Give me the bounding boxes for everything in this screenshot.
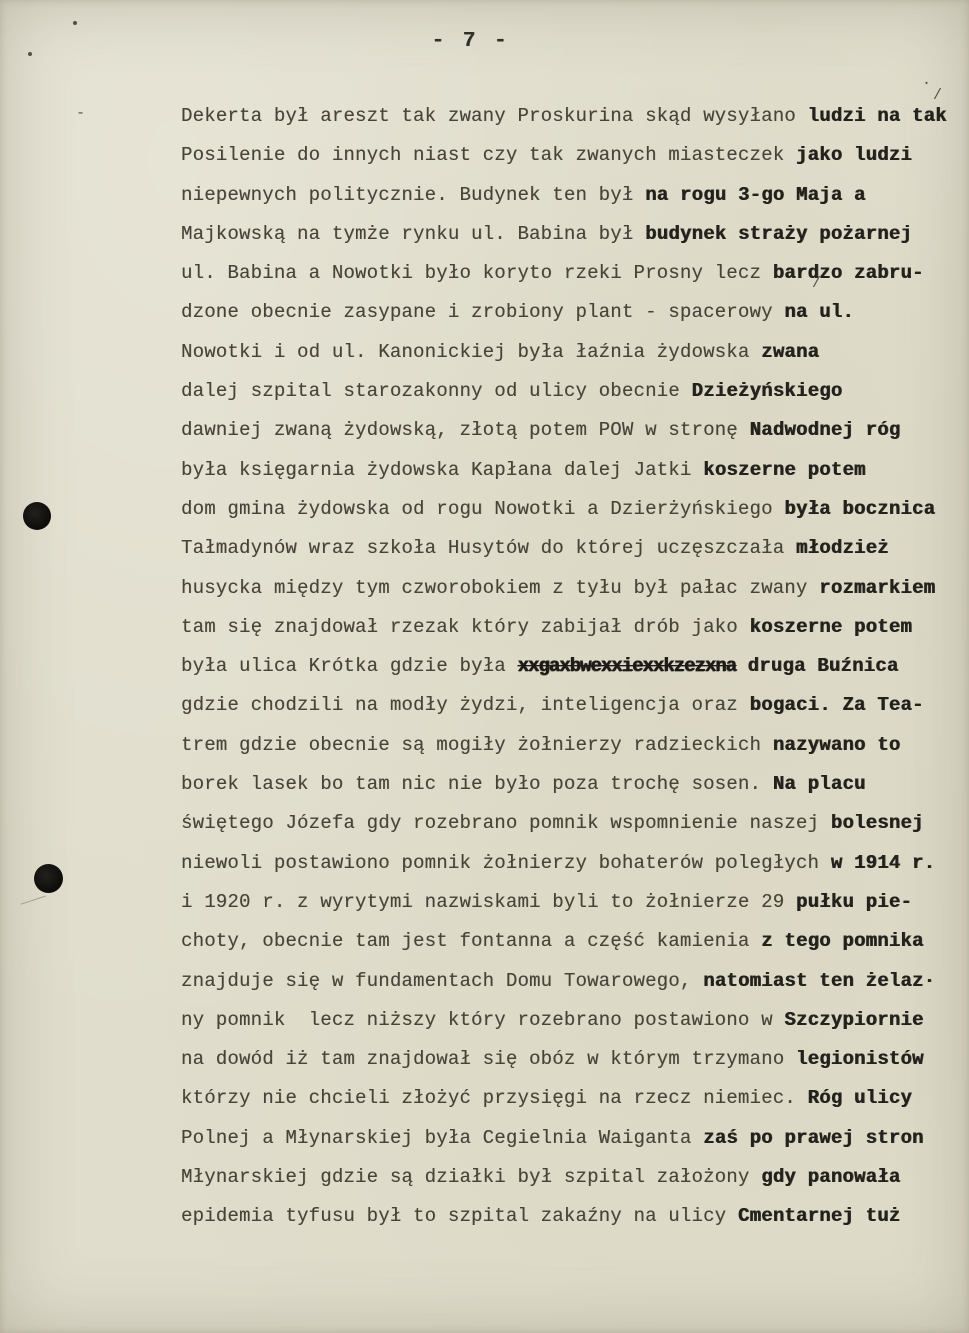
text-line: dzone obecnie zasypane i zrobiony plant … <box>181 293 951 332</box>
text-segment: niewoli postawiono pomnik żołnierzy boha… <box>181 852 831 874</box>
text-segment: dawniej zwaną żydowską, złotą potem POW … <box>181 419 750 441</box>
text-line: Młynarskiej gdzie są działki był szpital… <box>181 1158 951 1197</box>
text-line: dom gmina żydowska od rogu Nowotki a Dzi… <box>181 490 951 529</box>
text-segment: bolesnej <box>831 812 924 834</box>
text-segment: Szczypiornie <box>784 1009 923 1031</box>
text-segment: na ul. <box>784 301 854 323</box>
text-segment: koszerne potem <box>750 616 912 638</box>
text-segment: była bocznica <box>784 498 935 520</box>
text-line: znajduje się w fundamentach Domu Towarow… <box>181 962 951 1001</box>
text-line: niewoli postawiono pomnik żołnierzy boha… <box>181 844 951 883</box>
text-segment: gdzie chodzili na modły żydzi, inteligen… <box>181 694 750 716</box>
text-segment: była księgarnia żydowska Kapłana dalej J… <box>181 459 703 481</box>
text-segment: pułku pie- <box>796 891 912 913</box>
text-segment: husycka między tym czworobokiem z tyłu b… <box>181 577 819 599</box>
text-line: Nowotki i od ul. Kanonickiej była łaźnia… <box>181 333 951 372</box>
text-line: była księgarnia żydowska Kapłana dalej J… <box>181 451 951 490</box>
text-line: ny pomnik lecz niższy który rozebrano po… <box>181 1001 951 1040</box>
text-segment: bardzo zabru- <box>773 262 924 284</box>
text-segment: budynek straży pożarnej <box>645 223 912 245</box>
stray-pen-mark: / <box>933 88 942 103</box>
text-segment: Dekerta był areszt tak zwany Proskurina … <box>181 105 808 127</box>
text-segment: koszerne potem <box>703 459 865 481</box>
text-segment: choty, obecnie tam jest fontanna a część… <box>181 930 761 952</box>
text-segment: znajduje się w fundamentach Domu Towarow… <box>181 970 703 992</box>
text-segment: jako ludzi <box>796 144 912 166</box>
text-segment <box>736 655 748 677</box>
text-segment: rozmarkiem <box>819 577 935 599</box>
text-segment: bogaci. Za Tea- <box>750 694 924 716</box>
text-segment: druga Buźnica <box>748 655 899 677</box>
text-segment: zwana <box>761 341 819 363</box>
text-segment: dalej szpital starozakonny od ulicy obec… <box>181 380 691 402</box>
text-line: Majkowską na tymże rynku ul. Babina był … <box>181 215 951 254</box>
text-segment: ludzi na tak <box>808 105 947 127</box>
text-segment: tam się znajdował rzezak który zabijał d… <box>181 616 750 638</box>
text-line: była ulica Krótka gdzie była xxgaxbwexxi… <box>181 647 951 686</box>
stray-pen-mark: / <box>812 276 821 291</box>
scanned-page: - 7 - Dekerta był areszt tak zwany Prosk… <box>0 0 969 1333</box>
text-segment: Róg ulicy <box>808 1087 912 1109</box>
text-segment: była ulica Krótka gdzie była <box>181 655 517 677</box>
text-line: dawniej zwaną żydowską, złotą potem POW … <box>181 411 951 450</box>
text-line: i 1920 r. z wyrytymi nazwiskami byli to … <box>181 883 951 922</box>
struck-out-text: xxgaxbwexxiexxkzezxna <box>517 655 735 677</box>
text-segment: gdy panowała <box>761 1166 900 1188</box>
text-segment: na rogu 3-go Maja a <box>645 184 865 206</box>
stray-pen-mark: - <box>76 106 85 121</box>
text-block: Dekerta był areszt tak zwany Proskurina … <box>181 97 951 1237</box>
text-line: świętego Józefa gdy rozebrano pomnik wsp… <box>181 804 951 843</box>
text-segment: Nadwodnej róg <box>750 419 901 441</box>
ink-speck <box>73 21 77 25</box>
text-segment: Polnej a Młynarskiej była Cegielnia Waig… <box>181 1127 703 1149</box>
text-line: trem gdzie obecnie są mogiły żołnierzy r… <box>181 726 951 765</box>
text-segment: dzone obecnie zasypane i zrobiony plant … <box>181 301 784 323</box>
text-segment: zaś po prawej stron <box>703 1127 923 1149</box>
text-line: tam się znajdował rzezak który zabijał d… <box>181 608 951 647</box>
text-line: ul. Babina a Nowotki było koryto rzeki P… <box>181 254 951 293</box>
text-line: na dowód iż tam znajdował się obóz w któ… <box>181 1040 951 1079</box>
text-segment: z tego pomnika <box>761 930 923 952</box>
text-line: gdzie chodzili na modły żydzi, inteligen… <box>181 686 951 725</box>
text-segment: Cmentarnej tuż <box>738 1205 900 1227</box>
text-segment: Młynarskiej gdzie są działki był szpital… <box>181 1166 761 1188</box>
pencil-scratch <box>16 882 45 904</box>
text-segment: legionistów <box>796 1048 924 1070</box>
text-line: Polnej a Młynarskiej była Cegielnia Waig… <box>181 1119 951 1158</box>
text-segment: borek lasek bo tam nic nie było poza tro… <box>181 773 773 795</box>
text-segment: trem gdzie obecnie są mogiły żołnierzy r… <box>181 734 773 756</box>
text-line: choty, obecnie tam jest fontanna a część… <box>181 922 951 961</box>
hole-punch-mark <box>23 502 51 530</box>
text-line: borek lasek bo tam nic nie było poza tro… <box>181 765 951 804</box>
text-segment: którzy nie chcieli złożyć przysięgi na r… <box>181 1087 808 1109</box>
text-line: Tałmadynów wraz szkoła Husytów do której… <box>181 529 951 568</box>
text-segment: dom gmina żydowska od rogu Nowotki a Dzi… <box>181 498 784 520</box>
text-line: husycka między tym czworobokiem z tyłu b… <box>181 569 951 608</box>
text-line: dalej szpital starozakonny od ulicy obec… <box>181 372 951 411</box>
page-number: - 7 - <box>0 30 941 53</box>
ink-speck <box>28 52 32 56</box>
text-segment: Majkowską na tymże rynku ul. Babina był <box>181 223 645 245</box>
text-line: epidemia tyfusu był to szpital zakaźny n… <box>181 1197 951 1236</box>
text-segment: Nowotki i od ul. Kanonickiej była łaźnia… <box>181 341 761 363</box>
stray-pen-mark: · <box>922 76 931 91</box>
text-segment: epidemia tyfusu był to szpital zakaźny n… <box>181 1205 738 1227</box>
text-segment: ny pomnik lecz niższy który rozebrano po… <box>181 1009 784 1031</box>
text-segment: i 1920 r. z wyrytymi nazwiskami byli to … <box>181 891 796 913</box>
text-segment: Tałmadynów wraz szkoła Husytów do której… <box>181 537 796 559</box>
text-segment: Posilenie do innych niast czy tak zwanyc… <box>181 144 796 166</box>
text-segment: w 1914 r. <box>831 852 935 874</box>
text-segment: świętego Józefa gdy rozebrano pomnik wsp… <box>181 812 831 834</box>
text-line: którzy nie chcieli złożyć przysięgi na r… <box>181 1079 951 1118</box>
text-line: Posilenie do innych niast czy tak zwanyc… <box>181 136 951 175</box>
text-segment: nazywano to <box>773 734 901 756</box>
text-line: niepewnych politycznie. Budynek ten był … <box>181 176 951 215</box>
text-segment: na dowód iż tam znajdował się obóz w któ… <box>181 1048 796 1070</box>
text-line: Dekerta był areszt tak zwany Proskurina … <box>181 97 951 136</box>
text-segment: Dzieżyńskiego <box>691 380 842 402</box>
text-segment: Na placu <box>773 773 866 795</box>
text-segment: natomiast ten żelaz· <box>703 970 935 992</box>
text-segment: młodzież <box>796 537 889 559</box>
text-segment: ul. Babina a Nowotki było koryto rzeki P… <box>181 262 773 284</box>
text-segment: niepewnych politycznie. Budynek ten był <box>181 184 645 206</box>
